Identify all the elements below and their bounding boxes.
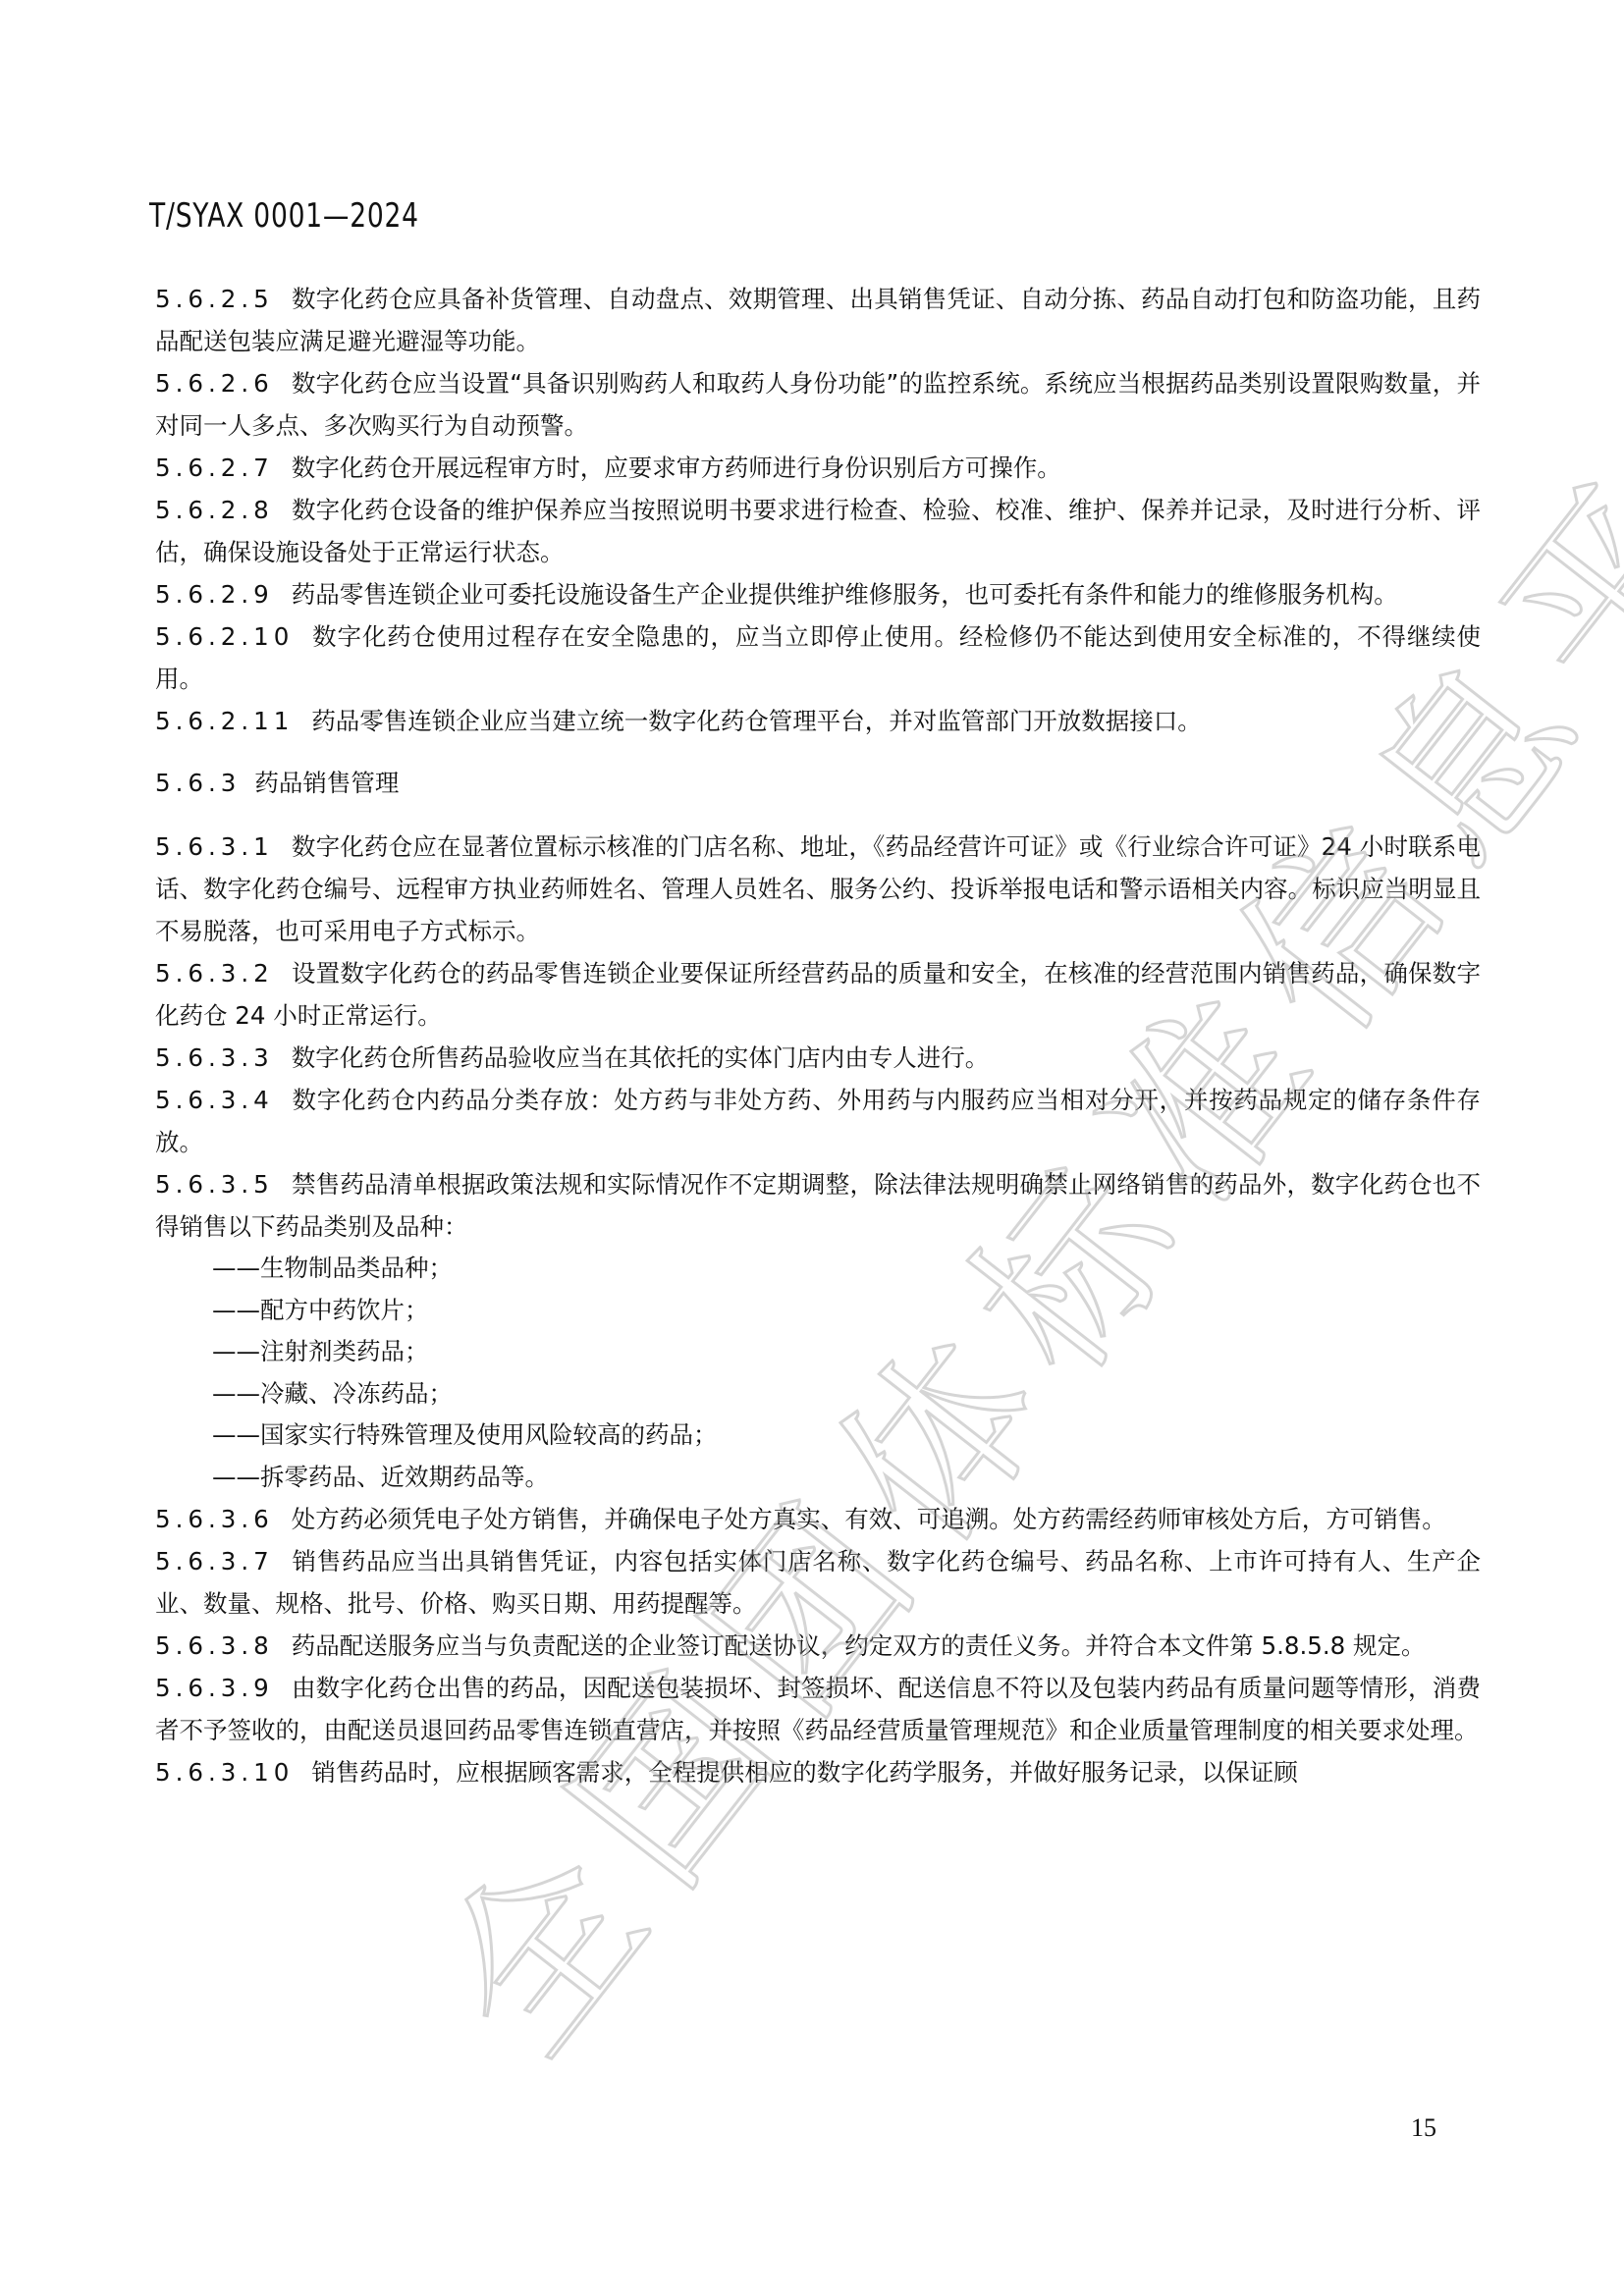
document-code: T/SYAX 0001—2024 bbox=[149, 196, 419, 236]
list-item: ——注射剂类药品； bbox=[155, 1331, 1481, 1373]
clause-5-6-2-9: 5.6.2.9药品零售连锁企业可委托设施设备生产企业提供维护维修服务，也可委托有… bbox=[155, 573, 1481, 615]
section-heading-5-6-3: 5.6.3药品销售管理 bbox=[155, 762, 1481, 804]
clause-5-6-2-6: 5.6.2.6数字化药仓应当设置“具备识别购药人和取药人身份功能”的监控系统。系… bbox=[155, 362, 1481, 447]
list-item: ——国家实行特殊管理及使用风险较高的药品； bbox=[155, 1415, 1481, 1457]
clause-5-6-3-2: 5.6.3.2设置数字化药仓的药品零售连锁企业要保证所经营药品的质量和安全，在核… bbox=[155, 952, 1481, 1037]
list-item: ——冷藏、冷冻药品； bbox=[155, 1373, 1481, 1415]
document-body: 5.6.2.5数字化药仓应具备补货管理、自动盘点、效期管理、出具销售凭证、自动分… bbox=[155, 278, 1481, 1793]
clause-5-6-3-10: 5.6.3.10销售药品时，应根据顾客需求，全程提供相应的数字化药学服务，并做好… bbox=[155, 1751, 1481, 1793]
clause-5-6-3-4: 5.6.3.4数字化药仓内药品分类存放：处方药与非处方药、外用药与内服药应当相对… bbox=[155, 1079, 1481, 1163]
list-item: ——拆零药品、近效期药品等。 bbox=[155, 1457, 1481, 1499]
document-page: T/SYAX 0001—2024 5.6.2.5数字化药仓应具备补货管理、自动盘… bbox=[0, 0, 1624, 2296]
clause-5-6-2-7: 5.6.2.7数字化药仓开展远程审方时，应要求审方药师进行身份识别后方可操作。 bbox=[155, 447, 1481, 489]
clause-5-6-3-8: 5.6.3.8药品配送服务应当与负责配送的企业签订配送协议，约定双方的责任义务。… bbox=[155, 1625, 1481, 1667]
clause-5-6-3-3: 5.6.3.3数字化药仓所售药品验收应当在其依托的实体门店内由专人进行。 bbox=[155, 1037, 1481, 1079]
clause-5-6-3-5: 5.6.3.5禁售药品清单根据政策法规和实际情况作不定期调整，除法律法规明确禁止… bbox=[155, 1163, 1481, 1248]
clause-5-6-2-5: 5.6.2.5数字化药仓应具备补货管理、自动盘点、效期管理、出具销售凭证、自动分… bbox=[155, 278, 1481, 362]
clause-5-6-2-8: 5.6.2.8数字化药仓设备的维护保养应当按照说明书要求进行检查、检验、校准、维… bbox=[155, 489, 1481, 573]
page-number: 15 bbox=[1411, 2113, 1436, 2143]
clause-5-6-3-9: 5.6.3.9由数字化药仓出售的药品，因配送包装损坏、封签损坏、配送信息不符以及… bbox=[155, 1667, 1481, 1751]
clause-5-6-3-6: 5.6.3.6处方药必须凭电子处方销售，并确保电子处方真实、有效、可追溯。处方药… bbox=[155, 1498, 1481, 1540]
list-item: ——生物制品类品种； bbox=[155, 1248, 1481, 1290]
clause-5-6-2-10: 5.6.2.10数字化药仓使用过程存在安全隐患的，应当立即停止使用。经检修仍不能… bbox=[155, 615, 1481, 700]
clause-5-6-2-11: 5.6.2.11药品零售连锁企业应当建立统一数字化药仓管理平台，并对监管部门开放… bbox=[155, 700, 1481, 742]
clause-5-6-3-7: 5.6.3.7销售药品应当出具销售凭证，内容包括实体门店名称、数字化药仓编号、药… bbox=[155, 1540, 1481, 1625]
list-item: ——配方中药饮片； bbox=[155, 1290, 1481, 1332]
clause-5-6-3-1: 5.6.3.1数字化药仓应在显著位置标示核准的门店名称、地址，《药品经营许可证》… bbox=[155, 826, 1481, 952]
